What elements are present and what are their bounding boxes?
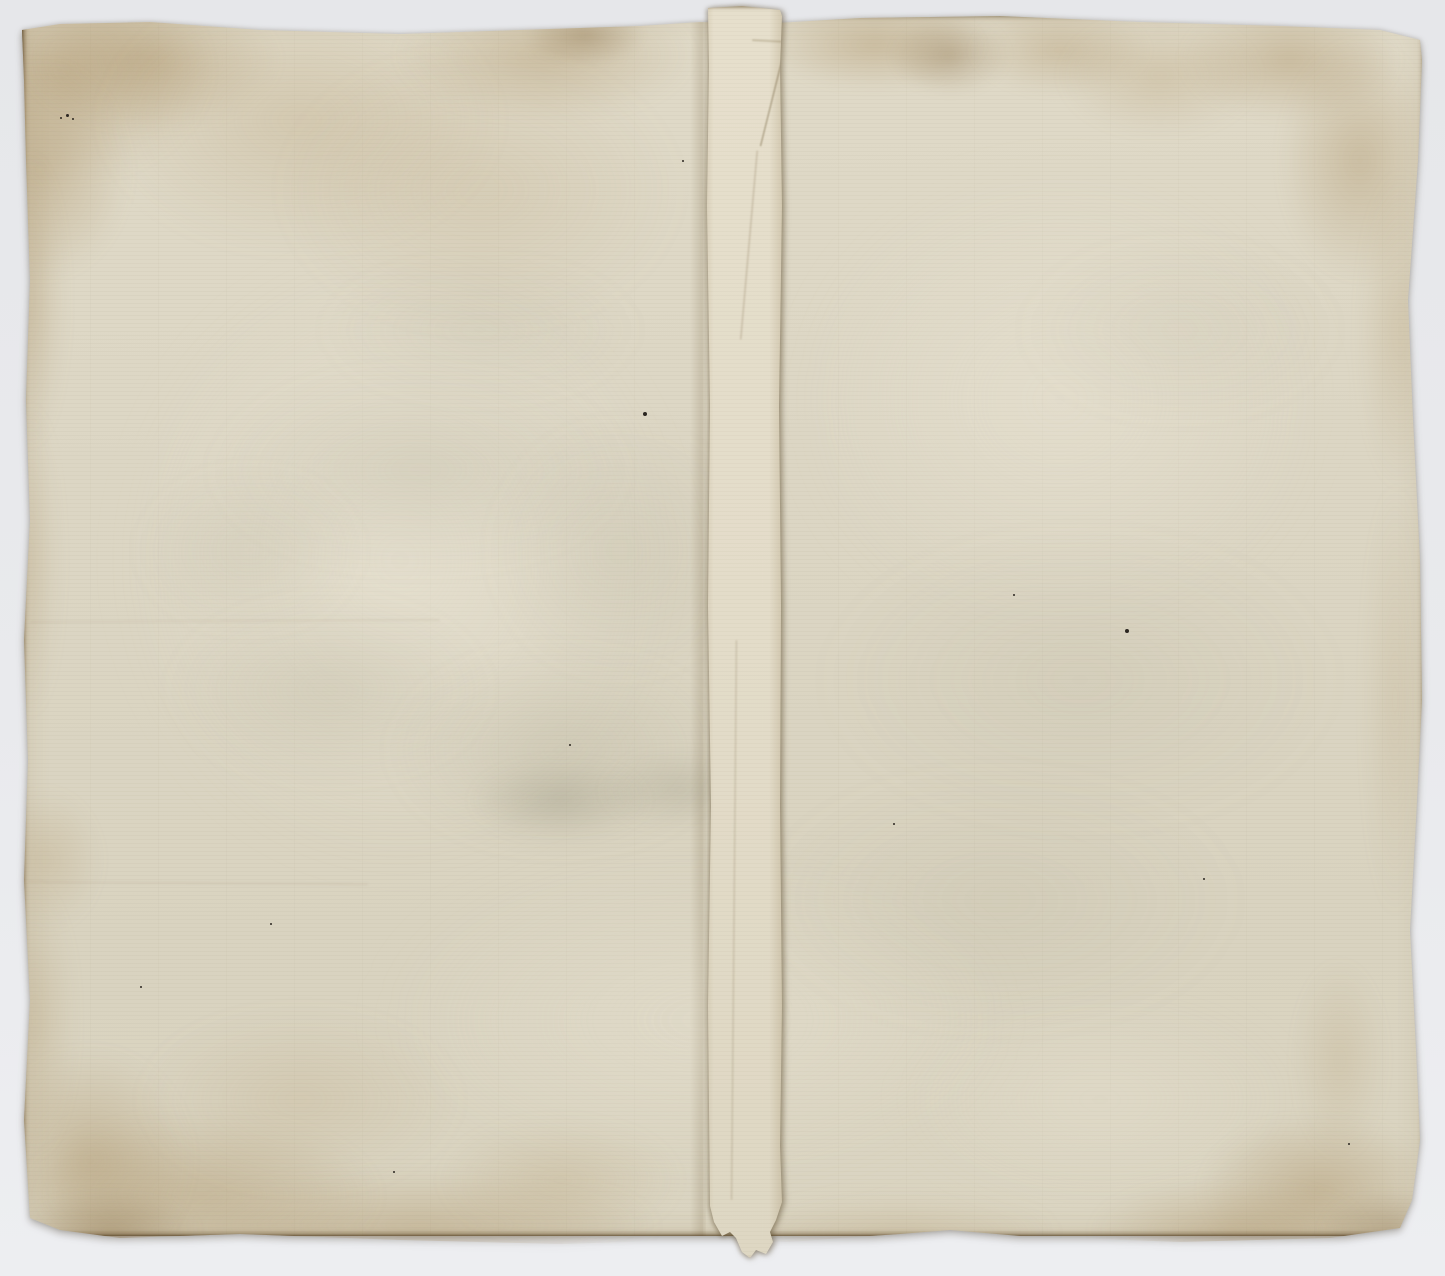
guard-strip <box>702 6 786 1260</box>
photo-background <box>0 0 1445 1276</box>
crease-line <box>759 37 788 146</box>
crease-line <box>740 150 759 339</box>
crease-line <box>731 640 738 1200</box>
crease-line <box>752 39 786 43</box>
strip-shadow-wrap <box>0 0 1445 1276</box>
